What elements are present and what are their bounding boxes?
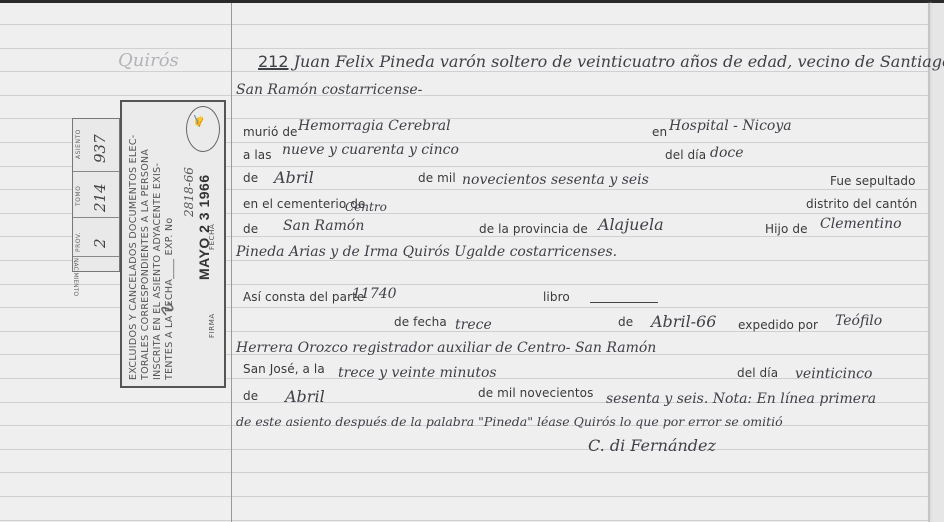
- value-father: Clementino: [820, 216, 902, 232]
- label-del-dia-2: del día: [737, 366, 778, 380]
- label-expedido-por: expedido por: [738, 318, 818, 332]
- binding-edge: [928, 3, 930, 522]
- entry-line-1: 212 Juan Felix Pineda varón soltero de v…: [258, 52, 944, 71]
- ruled-line: [0, 472, 944, 473]
- value-month: Abril: [274, 168, 314, 187]
- label-de-month: de: [243, 171, 258, 185]
- label-hijo-de: Hijo de: [765, 222, 808, 236]
- label-de-fecha: de fecha: [394, 315, 447, 329]
- registration-box: ASIENTO 937 TOMO 214 PROV. 2 NACIMIENTO: [72, 118, 120, 272]
- value-expedido-por: Teófilo: [835, 313, 882, 329]
- stamp-signature-label: FIRMA: [208, 313, 216, 338]
- pencil-note: Quirós: [118, 50, 179, 71]
- entry-name-line: Juan Felix Pineda varón soltero de veint…: [294, 52, 944, 71]
- stamp-line-3: INSCRITA EN EL ASIENTO ADYACENTE EXIS-: [152, 110, 164, 380]
- stamp-line-4: TENTES A LA FECHA____ EXP. No: [164, 110, 176, 380]
- top-border: [0, 0, 944, 3]
- reg-label-tomo: TOMO: [75, 186, 82, 206]
- ruled-line: [0, 520, 944, 521]
- reg-value-asiento: 937: [91, 134, 109, 163]
- value-record-day: veinticinco: [795, 366, 872, 382]
- ruled-line: [0, 95, 944, 96]
- value-year: novecientos sesenta y seis: [462, 172, 649, 188]
- ruled-line: [0, 496, 944, 497]
- stamp-line-2: TORALES CORRESPONDIENTES A LA PERSONA: [140, 110, 152, 380]
- ruled-line: [0, 24, 944, 25]
- value-time: nueve y cuarenta y cinco: [282, 142, 459, 158]
- cancellation-stamp: EXCLUIDOS Y CANCELADOS DOCUMENTOS ELEC- …: [120, 100, 226, 388]
- margin-line: [231, 3, 232, 522]
- stamp-exp-number: 2818-66: [182, 167, 196, 217]
- value-record-time: trece y veinte minutos: [338, 365, 497, 381]
- ruled-line: [0, 71, 944, 72]
- ruled-line: [0, 449, 944, 450]
- reg-footer: NACIMIENTO: [73, 256, 119, 271]
- value-registrar: Herrera Orozco registrador auxiliar de C…: [236, 340, 656, 356]
- value-note-continuation: de este asiento después de la palabra "P…: [236, 414, 783, 429]
- entry-line-2: San Ramón costarricense-: [236, 82, 422, 98]
- reg-footer-label: NACIMIENTO: [72, 258, 79, 296]
- value-fecha-month: Abril-66: [651, 312, 716, 331]
- label-fue-sepultado: Fue sepultado: [830, 174, 916, 188]
- value-cemetery: Centro: [345, 200, 387, 214]
- value-province: Alajuela: [598, 215, 664, 234]
- value-cause-of-death: Hemorragia Cerebral: [298, 118, 451, 134]
- value-place-of-death: Hospital - Nicoya: [669, 118, 792, 134]
- label-parte: Así consta del parte: [243, 290, 364, 304]
- stamp-initials-circle: [186, 106, 220, 152]
- label-de-fecha-month: de: [618, 315, 633, 329]
- value-parents: Pineda Arias y de Irma Quirós Ugalde cos…: [236, 244, 617, 260]
- ledger-page: Quirós ASIENTO 937 TOMO 214 PROV. 2 NACI…: [0, 0, 944, 522]
- label-san-jose: San José, a la: [243, 362, 325, 376]
- value-fecha-day: trece: [455, 317, 492, 333]
- entry-number: 212: [258, 52, 289, 71]
- label-de-mil: de mil: [418, 171, 456, 185]
- value-record-month: Abril: [285, 387, 325, 406]
- stamp-text: EXCLUIDOS Y CANCELADOS DOCUMENTOS ELEC- …: [128, 110, 176, 380]
- binding-shadow: [930, 3, 944, 522]
- label-distrito-canton: distrito del cantón: [806, 197, 917, 211]
- label-murio-de: murió de: [243, 125, 298, 139]
- label-de-canton: de: [243, 222, 258, 236]
- label-del-dia: del día: [665, 148, 706, 162]
- label-libro: libro: [543, 290, 570, 304]
- reg-col-tomo: TOMO 214: [73, 171, 119, 172]
- reg-col-prov: PROV. 2: [73, 217, 119, 218]
- stamp-line-1: EXCLUIDOS Y CANCELADOS DOCUMENTOS ELEC-: [128, 110, 140, 380]
- registrar-signature: C. di Fernández: [588, 436, 716, 455]
- label-de-record-month: de: [243, 389, 258, 403]
- reg-label-prov: PROV.: [75, 232, 82, 252]
- label-provincia: de la provincia de: [479, 222, 588, 236]
- label-en: en: [652, 125, 667, 139]
- value-canton: San Ramón: [283, 218, 364, 234]
- value-parte: 11740: [352, 286, 397, 302]
- value-day: doce: [710, 145, 744, 161]
- label-de-mil-novecientos: de mil novecientos: [478, 386, 593, 400]
- libro-blank: [590, 302, 658, 303]
- value-record-year-note: sesenta y seis. Nota: En línea primera: [606, 391, 876, 407]
- label-a-las: a las: [243, 148, 272, 162]
- reg-value-tomo: 214: [91, 183, 109, 212]
- ruled-line: [0, 48, 944, 49]
- reg-label-asiento: ASIENTO: [75, 129, 82, 159]
- reg-value-prov: 2: [91, 238, 109, 248]
- stamp-date-label: FECHA: [208, 224, 216, 250]
